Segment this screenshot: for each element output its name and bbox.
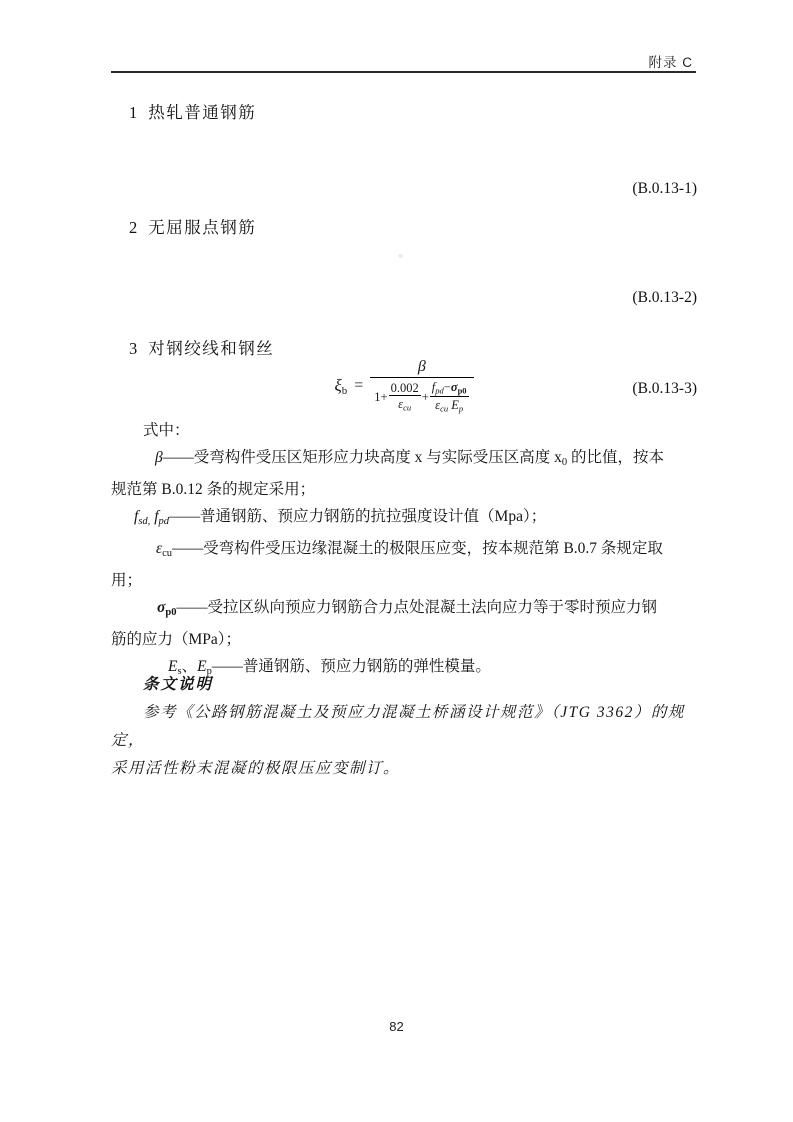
commentary-line-2: 采用活性粉末混凝的极限压应变制订。 [111,755,697,783]
formula-subfraction-2: fpd−σp0 εcu Ep [430,380,469,414]
definition-sigma-p0: σp0——受拉区纵向预应力钢筋合力点处混凝土法向应力等于零时预应力钢 筋的应力（… [111,594,697,653]
equation-label-2: (B.0.13-2) [604,289,697,307]
commentary-title: 条文说明 [111,671,697,699]
section-1-title: 热轧普通钢筋 [148,103,256,122]
definition-fsd-fpd: fsd, fpd——普通钢筋、预应力钢筋的抗拉强度设计值（Mpa）； [111,503,697,535]
formula-numerator: β [370,358,473,377]
document-page: 附录 C 1热轧普通钢筋 (B.0.13-1) 2无屈服点钢筋 (B.0.13-… [0,0,793,1122]
definition-epsilon-cu: εcu——受弯构件受压边缘混凝土的极限压应变，按本规范第 B.0.7 条规定取 … [111,535,697,594]
formula-main-fraction: β 1+ 0.002 εcu + fpd−σp0 εcu Ep [370,358,473,414]
section-1-heading: 1热轧普通钢筋 [129,99,256,123]
symbol-definitions: 式中： β——受弯构件受压区矩形应力块高度 x 与实际受压区高度 x0 的比值，… [111,417,697,685]
formula-equals: = [354,377,363,395]
section-2-title: 无屈服点钢筋 [148,218,256,237]
commentary-line-1: 参考《公路钢筋混凝土及预应力混凝土桥涵设计规范》（JTG 3362）的规定， [111,699,697,755]
equation-label-3: (B.0.13-3) [604,380,697,398]
commentary-section: 条文说明 参考《公路钢筋混凝土及预应力混凝土桥涵设计规范》（JTG 3362）的… [111,671,697,783]
formula-denominator: 1+ 0.002 εcu + fpd−σp0 εcu Ep [370,377,473,414]
formula-lhs-symbol: ξb [334,376,347,397]
formula-plus: + [422,390,429,405]
where-label: 式中： [111,417,697,444]
equation-label-1: (B.0.13-1) [604,180,697,198]
page-number: 82 [0,1019,793,1034]
scan-artifact-dot [398,254,403,258]
section-2-heading: 2无屈服点钢筋 [129,214,256,238]
formula-den-lead: 1+ [374,390,387,405]
section-2-number: 2 [129,218,137,238]
header-rule [111,71,696,73]
formula-subfraction-1: 0.002 εcu [389,381,421,414]
section-1-number: 1 [129,103,137,123]
definition-beta: β——受弯构件受压区矩形应力块高度 x 与实际受压区高度 x0 的比值，按本 规… [111,444,697,503]
header-appendix-label: 附录 C [649,51,694,71]
